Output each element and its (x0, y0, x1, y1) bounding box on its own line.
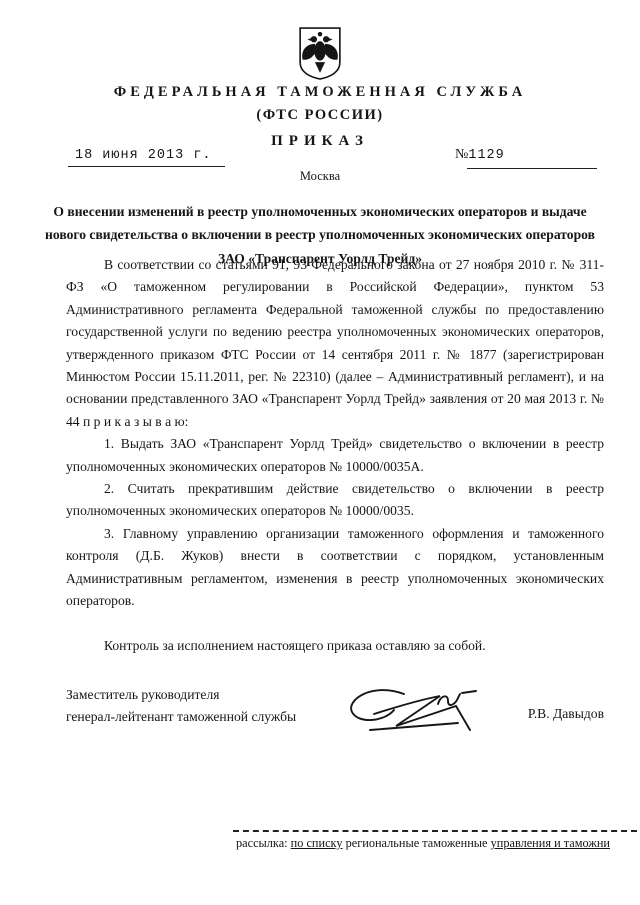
order-body: В соответствии со статьями 91, 93 Федера… (66, 254, 604, 657)
distribution-plain: региональные таможенные (346, 836, 488, 850)
signer-position-line1: Заместитель руководителя (66, 684, 604, 706)
order-date: 18 июня 2013 г. (68, 148, 225, 167)
org-name: ФЕДЕРАЛЬНАЯ ТАМОЖЕННАЯ СЛУЖБА (0, 84, 640, 101)
paragraph-item-1: 1. Выдать ЗАО «Транспарент Уорлд Трейд» … (66, 433, 604, 478)
signer-position-line2: генерал-лейтенант таможенной службы (66, 706, 604, 728)
number-value: 1129 (468, 148, 504, 163)
handwritten-signature-icon (338, 678, 498, 753)
distribution-recipients: управления и таможни (491, 836, 610, 850)
signature-block: Заместитель руководителя генерал-лейтена… (66, 684, 604, 764)
org-abbreviation: (ФТС РОССИИ) (0, 107, 640, 124)
distribution-list-ref: по списку (291, 836, 343, 850)
city-label: Москва (0, 169, 640, 184)
russia-coat-of-arms-icon (297, 26, 343, 85)
distribution-note: рассылка: по списку региональные таможен… (236, 836, 610, 851)
distribution-label: рассылка: (236, 836, 288, 850)
paragraph-item-3: 3. Главному управлению организации тамож… (66, 523, 604, 613)
signer-name: Р.В. Давыдов (528, 706, 604, 722)
footer-separator (233, 830, 637, 832)
paragraph-item-2: 2. Считать прекратившим действие свидете… (66, 478, 604, 523)
order-document-page: ФЕДЕРАЛЬНАЯ ТАМОЖЕННАЯ СЛУЖБА (ФТС РОССИ… (0, 0, 640, 905)
paragraph-control: Контроль за исполнением настоящего прика… (66, 635, 604, 657)
number-sign: № (455, 147, 468, 162)
order-number: №1129 (455, 147, 505, 163)
paragraph-preamble: В соответствии со статьями 91, 93 Федера… (66, 254, 604, 433)
